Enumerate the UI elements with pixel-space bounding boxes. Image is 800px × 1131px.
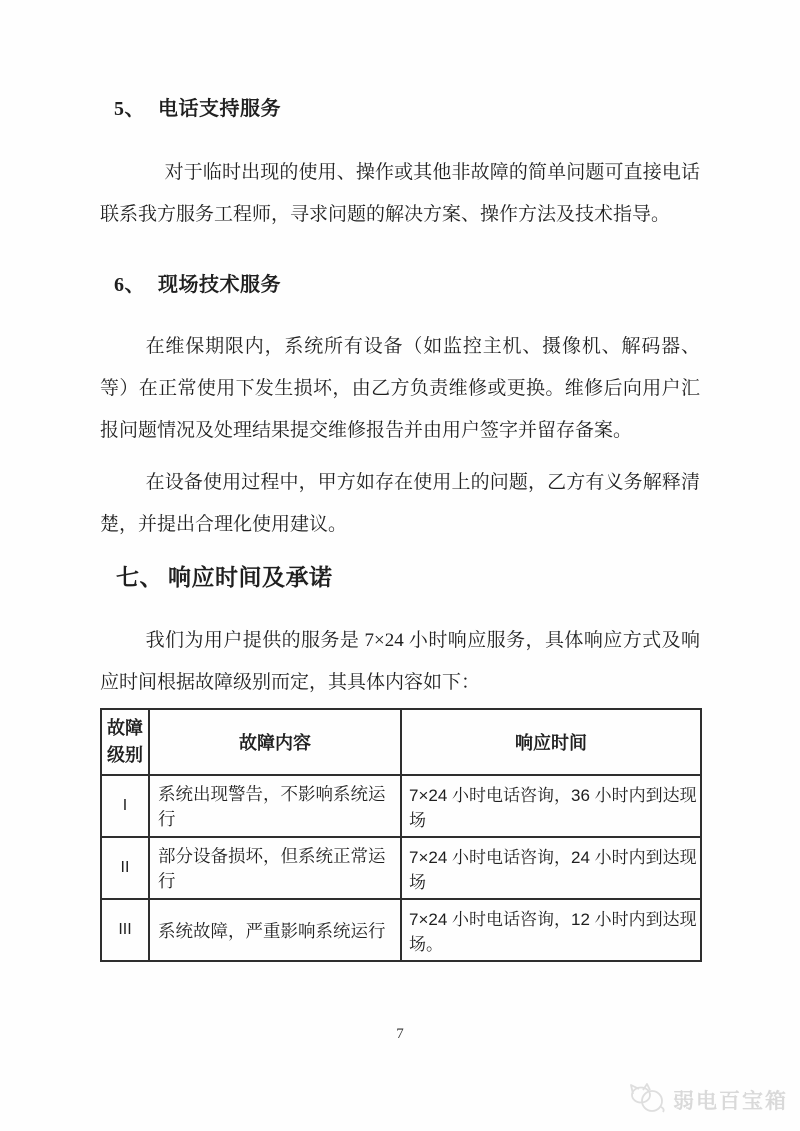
section-5-paragraph: 对于临时出现的使用、操作或其他非故障的简单问题可直接电话联系我方服务工程师，寻求…	[100, 152, 700, 236]
chapter-7-number: 七、	[116, 562, 168, 594]
document-content: 5、电话支持服务 对于临时出现的使用、操作或其他非故障的简单问题可直接电话联系我…	[100, 96, 700, 962]
row-1-fault: 系统出现警告，不影响系统运行	[149, 775, 401, 837]
section-6-title: 现场技术服务	[158, 274, 281, 296]
chapter-7-title: 响应时间及承诺	[168, 565, 333, 590]
table-row: III 系统故障，严重影响系统运行 7×24 小时电话咨询，12 小时内到达现场…	[101, 899, 701, 961]
row-2-response: 7×24 小时电话咨询，24 小时内到达现场	[401, 837, 701, 899]
header-fault-content: 故障内容	[149, 709, 401, 775]
watermark-text: 弱电百宝箱	[673, 1085, 788, 1115]
row-2-fault: 部分设备损坏，但系统正常运行	[149, 837, 401, 899]
chapter-7-heading: 七、响应时间及承诺	[100, 562, 700, 594]
section-6-paragraph-1: 在维保期限内，系统所有设备（如监控主机、摄像机、解码器、等）在正常使用下发生损坏…	[100, 326, 700, 452]
row-1-response: 7×24 小时电话咨询，36 小时内到达现场	[401, 775, 701, 837]
row-3-fault: 系统故障，严重影响系统运行	[149, 899, 401, 961]
section-6-number: 6、	[114, 272, 158, 298]
mascot-logo-icon	[627, 1080, 667, 1119]
table-row: I 系统出现警告，不影响系统运行 7×24 小时电话咨询，36 小时内到达现场	[101, 775, 701, 837]
section-6-heading: 6、现场技术服务	[100, 272, 700, 298]
row-1-level: I	[101, 775, 149, 837]
header-fault-level-line2: 级别	[104, 742, 146, 769]
header-response-time: 响应时间	[401, 709, 701, 775]
table-row: II 部分设备损坏，但系统正常运行 7×24 小时电话咨询，24 小时内到达现场	[101, 837, 701, 899]
row-2-level: II	[101, 837, 149, 899]
header-fault-level: 故障 级别	[101, 709, 149, 775]
header-fault-level-line1: 故障	[104, 715, 146, 742]
row-3-response: 7×24 小时电话咨询，12 小时内到达现场。	[401, 899, 701, 961]
document-page: 5、电话支持服务 对于临时出现的使用、操作或其他非故障的简单问题可直接电话联系我…	[0, 0, 800, 1131]
page-number: 7	[0, 1026, 800, 1043]
chapter-7-intro: 我们为用户提供的服务是 7×24 小时响应服务，具体响应方式及响应时间根据故障级…	[100, 620, 700, 704]
table-header-row: 故障 级别 故障内容 响应时间	[101, 709, 701, 775]
section-5-number: 5、	[114, 96, 158, 122]
section-6-paragraph-2: 在设备使用过程中，甲方如存在使用上的问题，乙方有义务解释清楚，并提出合理化使用建…	[100, 462, 700, 546]
response-time-table: 故障 级别 故障内容 响应时间 I 系统出现警告，不影响系统运行 7×24 小时…	[100, 708, 702, 962]
watermark: 弱电百宝箱	[627, 1080, 788, 1119]
row-3-level: III	[101, 899, 149, 961]
section-5-title: 电话支持服务	[158, 98, 281, 120]
section-5-heading: 5、电话支持服务	[100, 96, 700, 122]
